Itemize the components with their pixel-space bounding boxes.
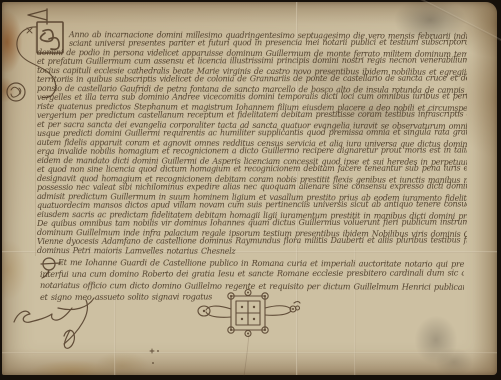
- manuscript-line: quatuordecim mansos dictos apud villam n…: [37, 199, 467, 210]
- manuscript-line: possessio nec valeat sibi nichilominus e…: [37, 181, 467, 192]
- manuscript-line: erga invalide nobilis homagium et recogn…: [37, 145, 467, 156]
- manuscript-line: vergerium per predictum castellanum rece…: [37, 109, 467, 120]
- main-text-block: Anno ab incarnacione domini millesimo qu…: [37, 30, 467, 255]
- manuscript-line: De quibus omnibus tam nobilis vir dominu…: [37, 217, 467, 228]
- manuscript-line: dominus Petri maioris Lamvelles notarius…: [37, 246, 309, 256]
- attestation-line: et signo meo assueto solito signavi roga…: [40, 291, 218, 303]
- manuscript-line: territoriis in quibus subscriptis videli…: [37, 73, 467, 84]
- manuscript-line: et prefatum Guillermum cum assensu et li…: [37, 55, 467, 66]
- attestation-block: Et me Iohanne Guardi de Castellione publ…: [40, 257, 464, 303]
- manuscript-line: et quod non sine licencia quod dictum ho…: [37, 163, 467, 174]
- manuscript-line: Vienne dyocesis Adamfano de castellione …: [37, 235, 467, 246]
- horizontal-crease: [2, 352, 497, 354]
- manuscript-line: sciant universi presentes pariter et fut…: [37, 37, 467, 48]
- manuscript-line: usque predicti domini Guillermi requiren…: [37, 127, 467, 138]
- manuscript-line: vergelles et illa terra sub dominio Andr…: [37, 91, 467, 102]
- manuscript-photo: Anno ab incarnacione domini millesimo qu…: [0, 0, 501, 380]
- margin-rule: [35, 26, 36, 256]
- attestation-line: interfui una cum domino Roberto dei grat…: [40, 267, 464, 280]
